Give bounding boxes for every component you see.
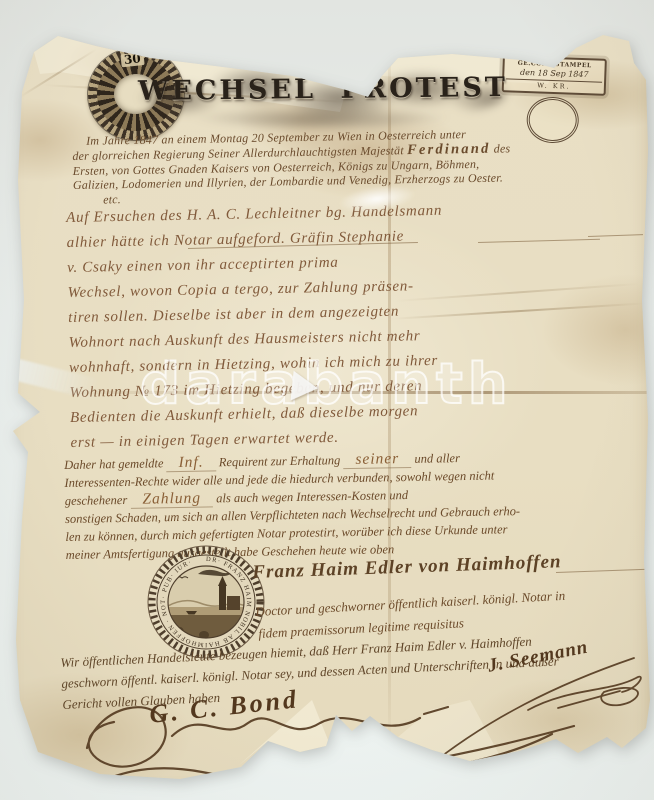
clause-text: Requirent zur Erhaltung [219, 453, 341, 469]
clause-text: Daher hat gemeldte [64, 456, 164, 472]
scanned-document-photo: 30 ♛ GE.CONS.STAMPEL den 18 Sep 1847 W. … [0, 0, 654, 800]
clause-text: als auch wegen Interessen-Kosten und [216, 488, 408, 505]
notary-title-line: Doctor und geschworner öffentlich kaiser… [255, 588, 566, 620]
protest-body-paragraph: Auf Ersuchen des H. A. C. Lechleitner bg… [66, 195, 637, 456]
protest-document-paper: 30 ♛ GE.CONS.STAMPEL den 18 Sep 1847 W. … [0, 0, 654, 800]
preamble-text: des [490, 141, 510, 155]
revenue-stamp-value: 30 [120, 52, 144, 67]
tax-stamp-line3: W. KR. [506, 78, 602, 91]
paper-shadow: 30 ♛ GE.CONS.STAMPEL den 18 Sep 1847 W. … [0, 0, 654, 800]
clause-text: geschehener [65, 493, 128, 508]
bottom-right-fold-flap [396, 698, 504, 762]
document-title: WECHSEL PROTEST [138, 72, 508, 107]
filled-blank: Zahlung [130, 489, 213, 508]
filled-blank: Inf. [166, 453, 215, 472]
crown-icon: ♛ [490, 40, 620, 59]
filled-blank: seiner [343, 450, 411, 469]
clause-text: und aller [414, 451, 460, 466]
ruled-line [556, 569, 648, 573]
watermark-cursor-icon [291, 371, 320, 404]
emperor-name: Ferdinand [407, 140, 491, 157]
tax-stamp-box: GE.CONS.STAMPEL den 18 Sep 1847 W. KR. [502, 55, 607, 96]
